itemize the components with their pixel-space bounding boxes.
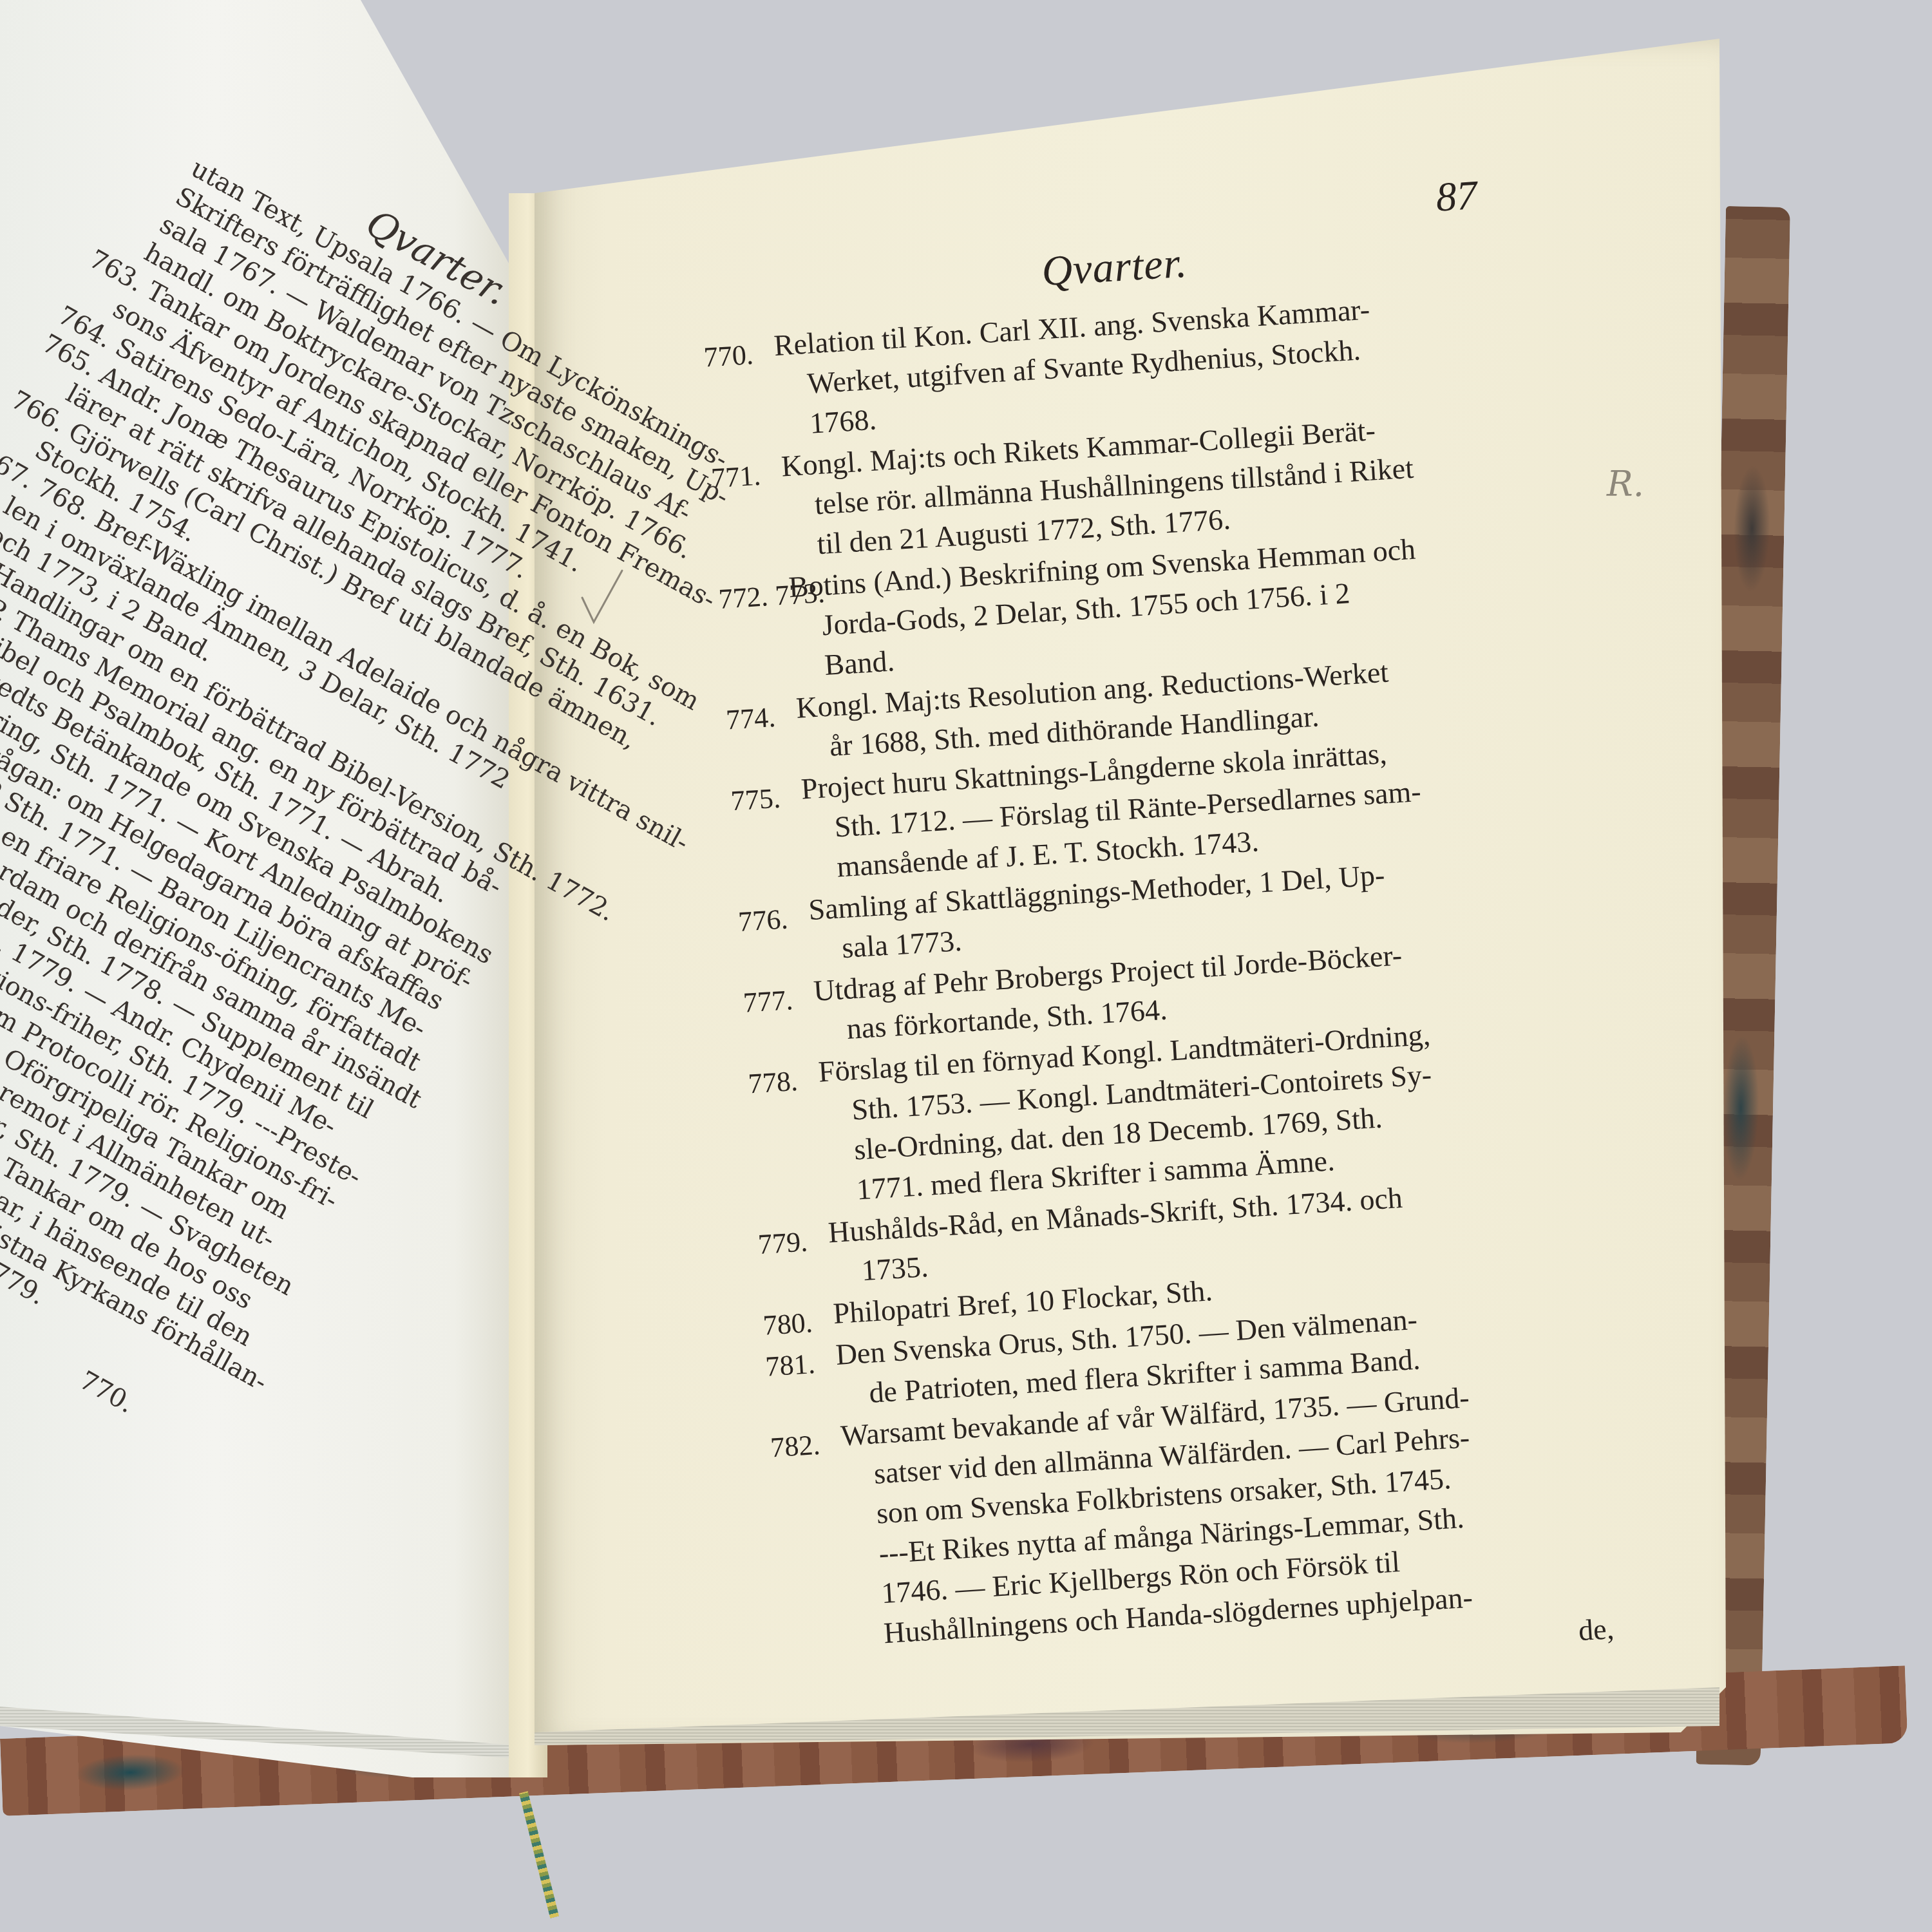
entry-number: 772. 773.: [717, 573, 826, 620]
entry-number: 778.: [747, 1061, 799, 1104]
catalog-entries: 770.Relation til Kon. Carl XII. ang. Sve…: [702, 279, 1615, 1700]
entry-number: 782.: [770, 1425, 822, 1468]
entry-number: 777.: [742, 980, 794, 1023]
entry-number: 774.: [724, 697, 777, 741]
page-number: 87: [1435, 171, 1479, 222]
pencil-checkmark-icon: [580, 567, 625, 625]
bookmark-ribbon: [519, 1791, 559, 1918]
right-page-text: 87 Qvarter. 770.Relation til Kon. Carl X…: [696, 171, 1615, 1700]
entry-number: 779.: [757, 1222, 809, 1265]
entry-number: 781.: [764, 1344, 817, 1387]
pencil-margin-letter: R.: [1607, 464, 1644, 504]
catalog-entry: 782.Warsamt bevakande af vår Wälfärd, 17…: [769, 1370, 1615, 1700]
entry-number: 776.: [737, 899, 790, 942]
entry-number: 775.: [730, 779, 782, 822]
entry-number: 770.: [703, 335, 755, 378]
entry-number: 771.: [710, 456, 762, 499]
open-book-photo: Qvarter. utan Text, Upsala 1766. — Om Ly…: [0, 0, 1932, 1932]
